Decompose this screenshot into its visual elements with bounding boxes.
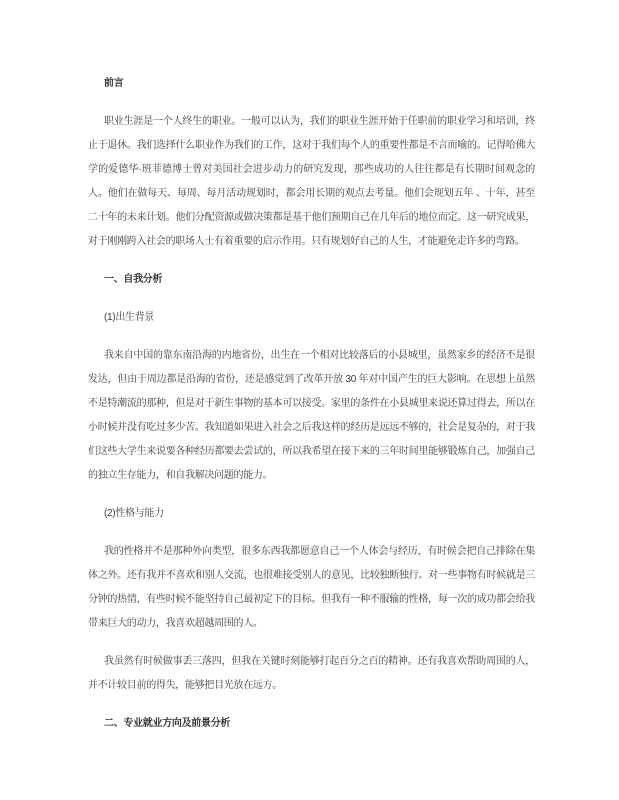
paragraph-strengths: 我虽然有时候做事丢三落四，但我在关键时刻能够打起百分之百的精神。还有我喜欢帮助周… bbox=[88, 650, 535, 698]
preface-title: 前言 bbox=[88, 72, 535, 96]
paragraph-personality: 我的性格并不是那种外向类型，很多东西我都愿意自己一个人体会与经历，有时候会把自己… bbox=[88, 540, 535, 636]
section-heading-self-analysis: 一、自我分析 bbox=[88, 268, 535, 292]
subheading-birth-background: (1)出生背景 bbox=[88, 306, 535, 330]
document-page: 前言 职业生涯是一个人终生的职业。一般可以认为，我们的职业生涯开始于任职前的职业… bbox=[0, 0, 619, 800]
paragraph-career-planning-intro: 职业生涯是一个人终生的职业。一般可以认为，我们的职业生涯开始于任职前的职业学习和… bbox=[88, 110, 535, 254]
section-heading-employment-prospects: 二、专业就业方向及前景分析 bbox=[88, 712, 535, 736]
subheading-personality-and-ability: (2)性格与能力 bbox=[88, 502, 535, 526]
paragraph-birth-background: 我来自中国的靠东南沿海的内地省份，出生在一个相对比较落后的小县城里，虽然家乡的经… bbox=[88, 344, 535, 488]
